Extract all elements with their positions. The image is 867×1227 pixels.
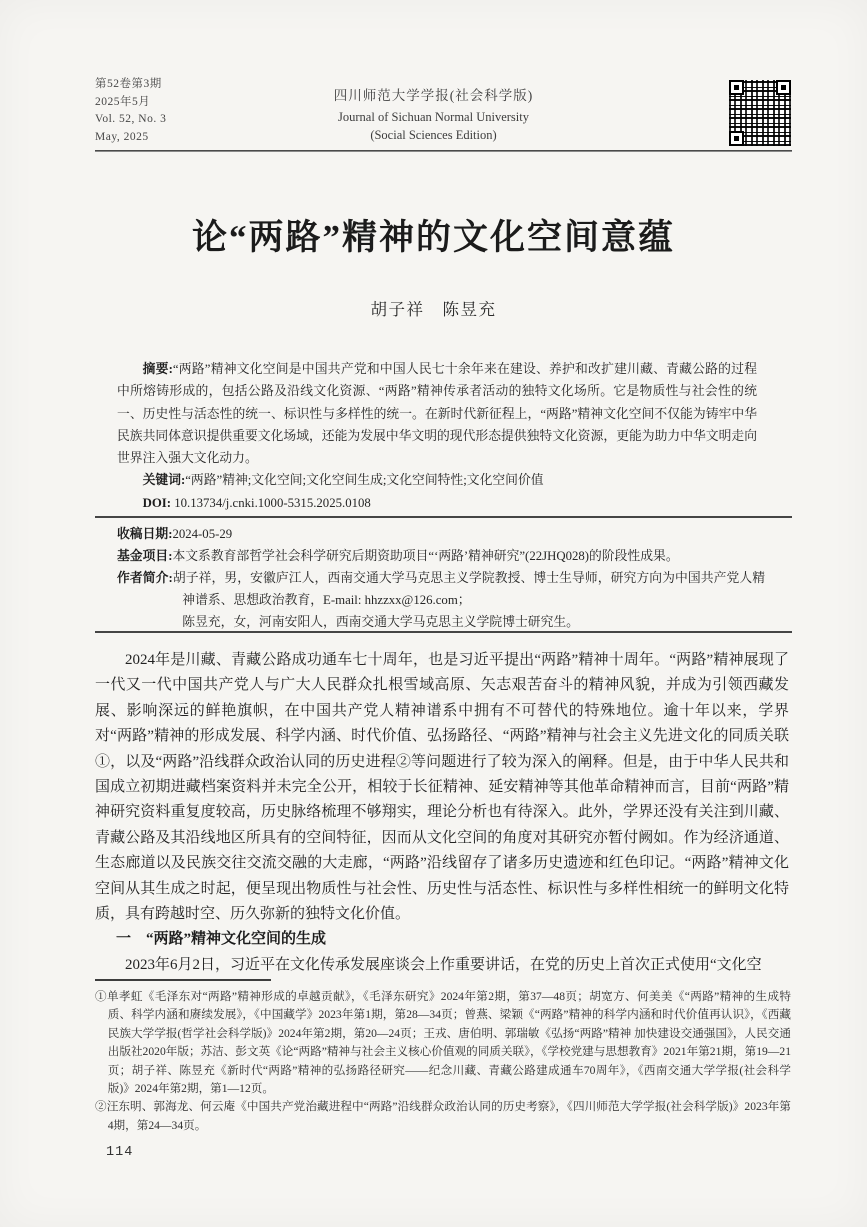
received-date-line: 收稿日期:2024-05-29 xyxy=(117,523,765,545)
journal-page: 第52卷第3期 2025年5月 Vol. 52, No. 3 May, 2025… xyxy=(0,0,867,1227)
abstract-paragraph: 摘要:“两路”精神文化空间是中国共产党和中国人民七十余年来在建设、养护和改扩建川… xyxy=(117,358,757,469)
meta-block: 收稿日期:2024-05-29 基金项目:本文系教育部哲学社会科学研究后期资助项… xyxy=(117,523,765,633)
footnote-2: ②汪东明、郭海龙、何云庵《中国共产党治藏进程中“两路”沿线群众政治认同的历史考察… xyxy=(95,1098,791,1135)
funding-text: 本文系教育部哲学社会科学研究后期资助项目“‘两路’精神研究”(22JHQ028)… xyxy=(172,549,678,563)
keywords-line: 关键词:“两路”精神;文化空间;文化空间生成;文化空间特性;文化空间价值 xyxy=(117,469,757,491)
bio-label: 作者简介: xyxy=(117,571,173,585)
abstract-label: 摘要: xyxy=(143,362,173,376)
doi-label: DOI: xyxy=(143,496,171,510)
author-bio-line-1: 作者简介:胡子祥，男，安徽庐江人，西南交通大学马克思主义学院教授、博士生导师，研… xyxy=(117,567,765,611)
received-label: 收稿日期: xyxy=(117,527,172,541)
qr-finder-icon xyxy=(729,131,744,146)
footnote-1: ①单孝虹《毛泽东对“两路”精神形成的卓越贡献》，《毛泽东研究》2024年第2期，… xyxy=(95,988,791,1098)
qr-finder-icon xyxy=(776,80,791,95)
received-value: 2024-05-29 xyxy=(172,527,232,541)
page-number: 114 xyxy=(106,1145,133,1160)
article-title: 论“两路”精神的文化空间意蕴 xyxy=(0,210,867,260)
doi-line: DOI: 10.13734/j.cnki.1000-5315.2025.0108 xyxy=(117,492,757,514)
footnote-2-text: 汪东明、郭海龙、何云庵《中国共产党治藏进程中“两路”沿线群众政治认同的历史考察》… xyxy=(107,1100,791,1131)
body-paragraph-1: 2024年是川藏、青藏公路成功通车七十周年，也是习近平提出“两路”精神十周年。“… xyxy=(95,648,789,927)
footnote-divider xyxy=(95,979,271,981)
qr-finder-icon xyxy=(729,80,744,95)
footnote-1-text: 单孝虹《毛泽东对“两路”精神形成的卓越贡献》，《毛泽东研究》2024年第2期，第… xyxy=(107,990,791,1095)
meta-divider-top xyxy=(95,516,792,518)
footnotes-block: ①单孝虹《毛泽东对“两路”精神形成的卓越贡献》，《毛泽东研究》2024年第2期，… xyxy=(95,988,791,1135)
funding-line: 基金项目:本文系教育部哲学社会科学研究后期资助项目“‘两路’精神研究”(22JH… xyxy=(117,545,765,567)
article-body: 2024年是川藏、青藏公路成功通车七十周年，也是习近平提出“两路”精神十周年。“… xyxy=(95,648,789,978)
header-divider xyxy=(95,150,792,152)
keywords-text: “两路”精神;文化空间;文化空间生成;文化空间特性;文化空间价值 xyxy=(185,473,543,487)
abstract-block: 摘要:“两路”精神文化空间是中国共产党和中国人民七十余年来在建设、养护和改扩建川… xyxy=(117,358,757,514)
qr-code-icon xyxy=(729,80,791,146)
author-bio-line-2: 陈昱充，女，河南安阳人，西南交通大学马克思主义学院博士研究生。 xyxy=(117,611,765,633)
section-heading-1: 一 “两路”精神文化空间的生成 xyxy=(95,927,789,952)
doi-value: 10.13734/j.cnki.1000-5315.2025.0108 xyxy=(174,496,371,510)
abstract-text: “两路”精神文化空间是中国共产党和中国人民七十余年来在建设、养护和改扩建川藏、青… xyxy=(117,362,757,465)
bio-text-2: 陈昱充，女，河南安阳人，西南交通大学马克思主义学院博士研究生。 xyxy=(182,615,579,629)
funding-label: 基金项目: xyxy=(117,549,172,563)
bio-text-1: 胡子祥，男，安徽庐江人，西南交通大学马克思主义学院教授、博士生导师，研究方向为中… xyxy=(173,571,765,607)
body-paragraph-2: 2023年6月2日，习近平在文化传承发展座谈会上作重要讲话，在党的历史上首次正式… xyxy=(95,953,789,978)
meta-divider-bottom xyxy=(95,631,792,633)
footnote-1-marker: ① xyxy=(95,990,107,1003)
article-authors: 胡子祥 陈昱充 xyxy=(0,296,867,320)
footnote-2-marker: ② xyxy=(95,1100,107,1113)
keywords-label: 关键词: xyxy=(143,473,186,487)
